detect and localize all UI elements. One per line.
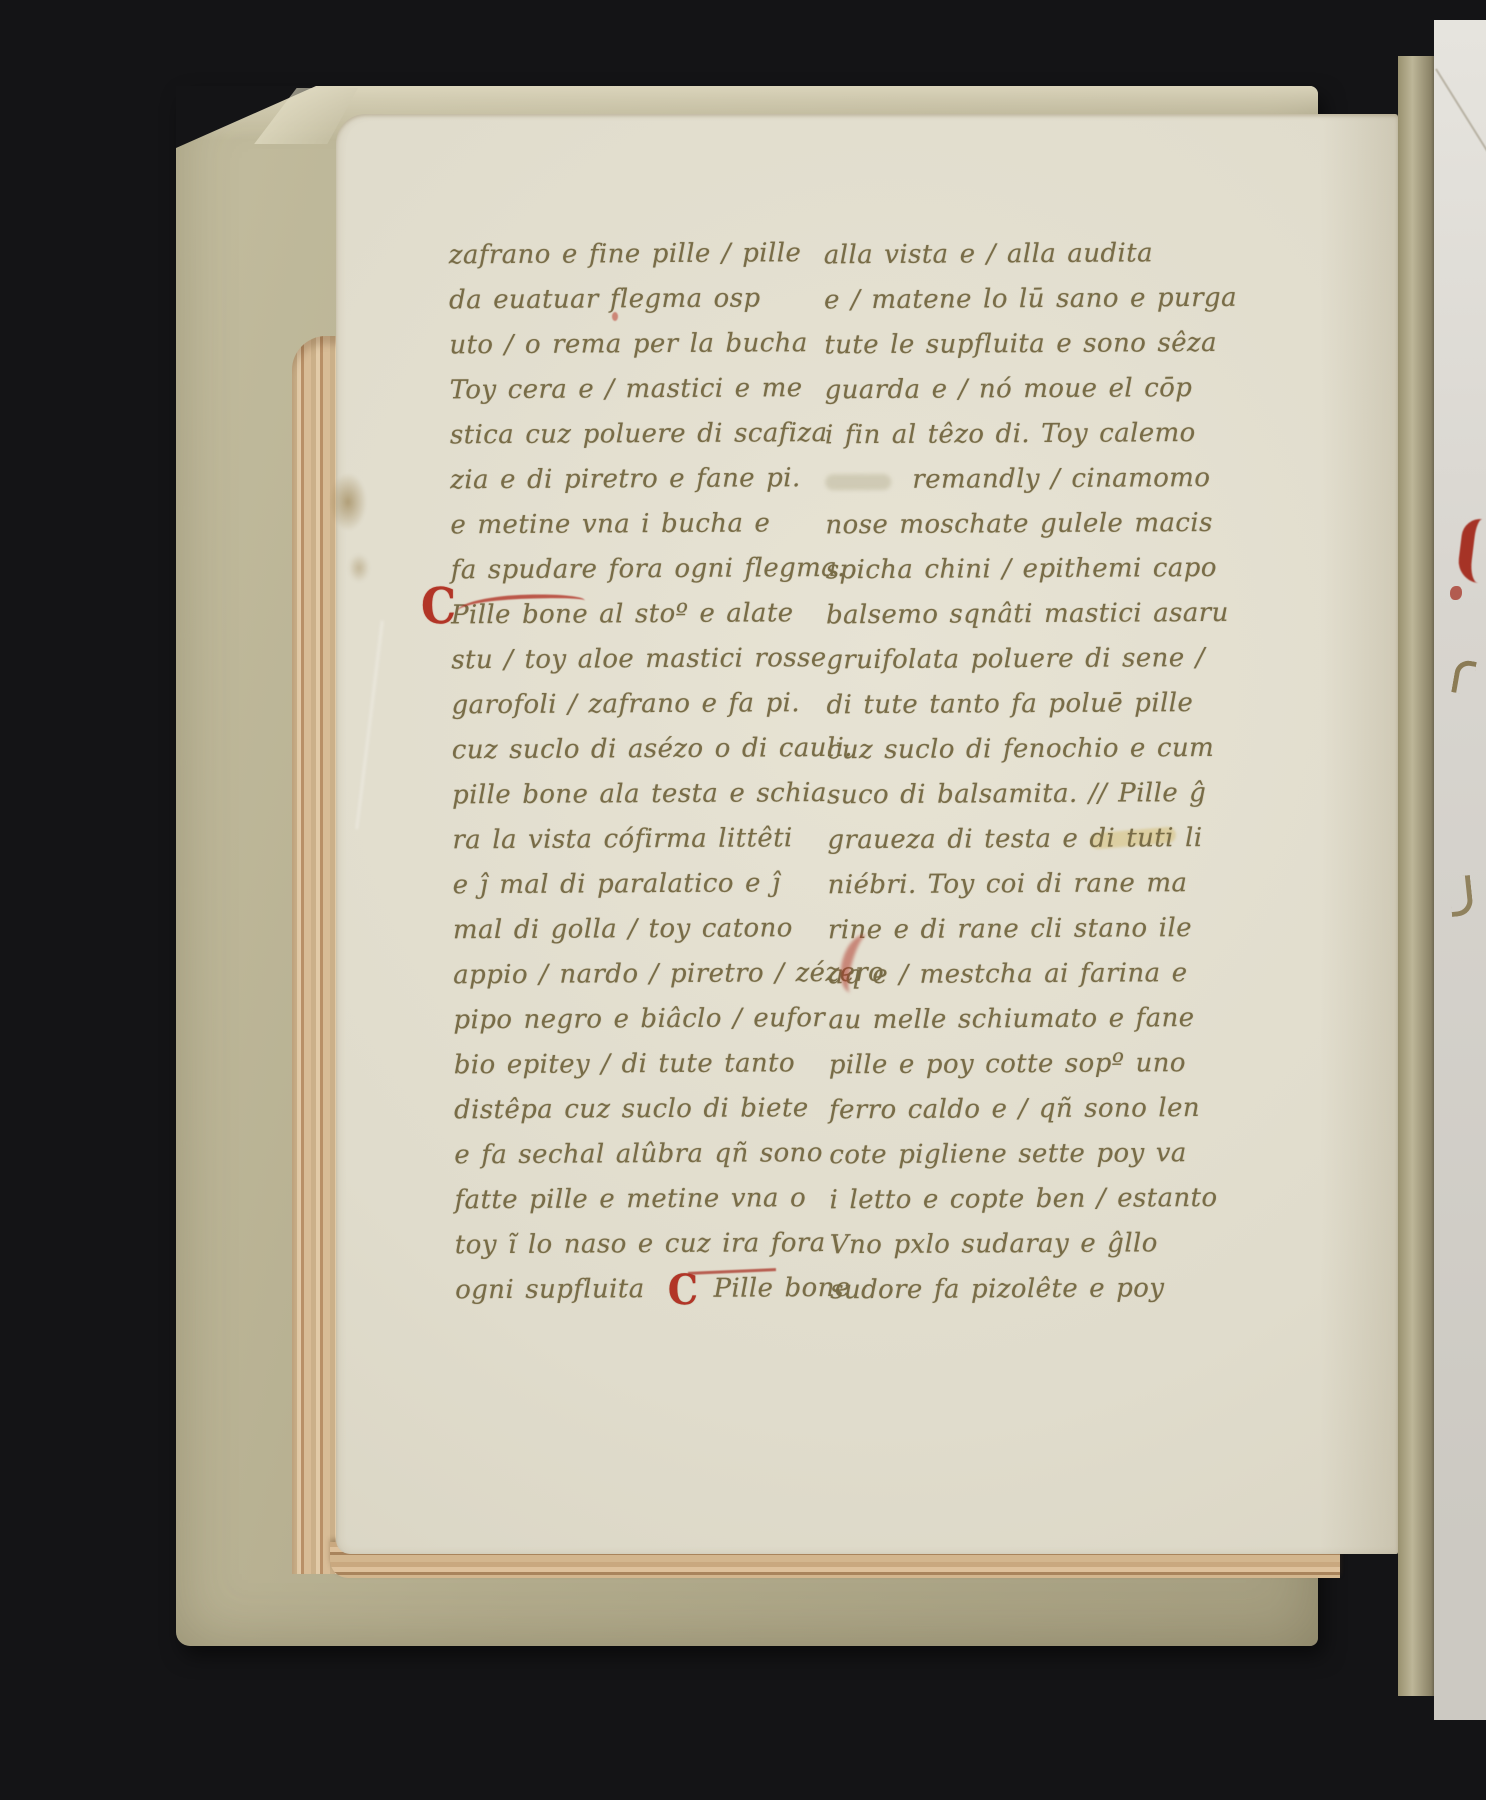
manuscript-line: sudore fa pizolête e poy [830, 1266, 1260, 1314]
manuscript-line: suco di balsamita. // Pille ĝ [827, 771, 1257, 819]
facing-page-crease [1435, 68, 1486, 196]
manuscript-line: pille bone ala testa e schia [452, 771, 882, 819]
manuscript-line: rine e di rane cli stano ile [828, 906, 1258, 954]
manuscript-line: e ĵ mal di paralatico e ĵ [453, 861, 883, 909]
manuscript-line: tute le supfluita e sono sêza [824, 321, 1254, 369]
manuscript-line: fa spudare fora ogni flegma. [451, 546, 881, 594]
manuscript-line: bio epitey / di tute tanto [454, 1041, 884, 1089]
manuscript-line: stica cuz poluere di scafiza [450, 411, 880, 459]
manuscript-line: spicha chini / epithemi capo [826, 546, 1256, 594]
manuscript-line: fatte pille e metine vna o [454, 1176, 884, 1224]
manuscript-line: remandly / cinamomo [825, 456, 1255, 504]
manuscript-line: toy ĩ lo naso e cuz ira fora [455, 1221, 885, 1269]
manuscript-line: e / matene lo lū sano e purga [824, 276, 1254, 324]
manuscript-line: Toy cera e / mastici e me [450, 366, 880, 414]
manuscript-line: balsemo sqnâti mastici asaru [826, 591, 1256, 639]
manuscript-line: alla vista e / alla audita [824, 231, 1254, 279]
manuscript-line: cuz suclo di asézo o di cauli. [452, 726, 882, 774]
facing-page-text-fragment [1451, 659, 1477, 696]
manuscript-line: niébri. Toy coi di rane ma [828, 861, 1258, 909]
line-text: ogni supfluita [455, 1274, 645, 1305]
spine-band [1398, 56, 1434, 1696]
manuscript-line: nose moschate gulele macis [825, 501, 1255, 549]
manuscript-line: zafrano e fine pille / pille [449, 231, 879, 279]
manuscript-line: guarda e / nó moue el cōp [825, 366, 1255, 414]
manuscript-line: mal di golla / toy catono [453, 906, 883, 954]
manuscript-line-rubricated: ogni supfluita C Pille bone [455, 1266, 885, 1314]
manuscript-line: stu / toy aloe mastici rosse [451, 636, 881, 684]
manuscript-line: au melle schiumato e fane [828, 996, 1258, 1044]
manuscript-line: pipo negro e biâclo / eufor [453, 996, 883, 1044]
line-text: remandly / cinamomo [912, 463, 1210, 495]
stain [322, 462, 374, 542]
manuscript-line: e metine vna i bucha e [450, 501, 880, 549]
facing-page-sliver [1434, 20, 1486, 1720]
manuscript-line: aq e / mestcha ai farina e [828, 951, 1258, 999]
manuscript-line: i letto e copte ben / estanto [829, 1176, 1259, 1224]
rubric-pilcrow-icon: C [668, 1269, 699, 1311]
manuscript-line: ra la vista cófirma littêti [452, 816, 882, 864]
manuscript-line: garofoli / zafrano e fa pi. [451, 681, 881, 729]
manuscript-line: cuz suclo di fenochio e cum [827, 726, 1257, 774]
facing-page-red-initial-fragment [1456, 517, 1486, 583]
rubric-pilcrow-icon: C [421, 583, 457, 632]
manuscript-line: e fa sechal alûbra qñ sono [454, 1131, 884, 1179]
facing-page-red-fragment [1450, 586, 1462, 600]
facing-page-text-fragment [1448, 875, 1474, 917]
text-column-right: alla vista e / alla audita e / matene lo… [824, 231, 1261, 1314]
manuscript-line: cote pigliene sette poy va [829, 1131, 1259, 1179]
erased-word-smudge [825, 474, 891, 490]
manuscript-line: gruifolata poluere di sene / [826, 636, 1256, 684]
manuscript-line: da euatuar flegma osp [449, 276, 879, 324]
manuscript-line: i fin al têzo di. Toy calemo [825, 411, 1255, 459]
manuscript-photo: zafrano e fine pille / pille da euatuar … [0, 0, 1486, 1800]
manuscript-line: uto / o rema per la bucha [449, 321, 879, 369]
text-column-left: zafrano e fine pille / pille da euatuar … [449, 231, 886, 1314]
manuscript-line-rubricated: C Pille bone al stoº e alate [451, 591, 881, 639]
manuscript-line: graueza di testa e di tuti li [827, 816, 1257, 864]
manuscript-line: Vno pxlo sudaray e ĝllo [830, 1221, 1260, 1269]
rubric-dot [612, 312, 618, 321]
stain [344, 548, 374, 588]
manuscript-line: zia e di piretro e fane pi. [450, 456, 880, 504]
manuscript-line: appio / nardo / piretro / zézero [453, 951, 883, 999]
manuscript-line: distêpa cuz suclo di biete [454, 1086, 884, 1134]
manuscript-line: pille e poy cotte sopº uno [829, 1041, 1259, 1089]
manuscript-line: di tute tanto fa poluē pille [826, 681, 1256, 729]
manuscript-line: ferro caldo e / qñ sono len [829, 1086, 1259, 1134]
